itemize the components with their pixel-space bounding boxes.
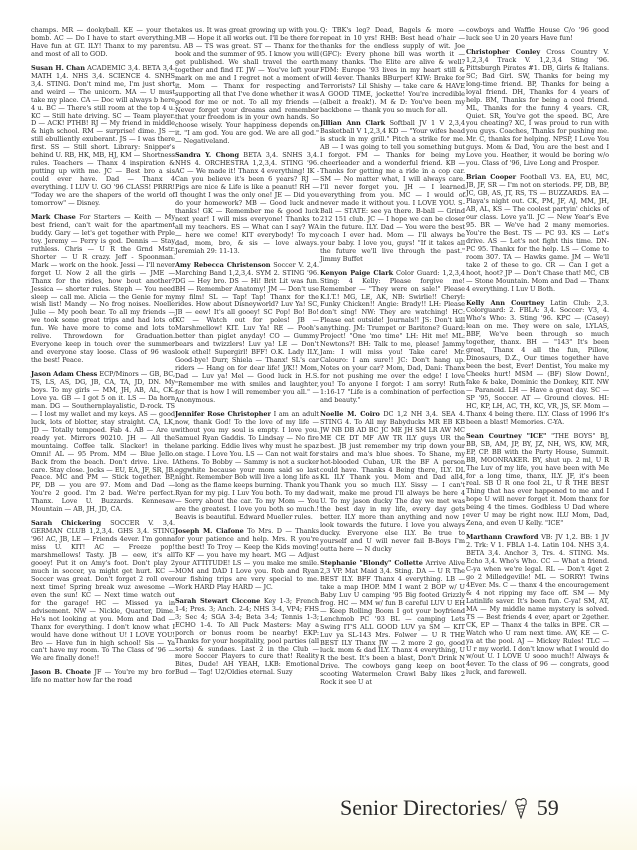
senior-entry: Susan H. Chan ACADEMIC 3,4. BETA 3,4. MA… [31, 65, 175, 208]
senior-message: Cross Country V. 1,2,3,4 Track V. 1,2,3,… [466, 48, 609, 167]
senior-message: VB: JV 1,2. BB: 1 JV 2. Trk: V 1. FBLA 1… [466, 533, 609, 676]
senior-name: Sarah Chickering [31, 519, 101, 527]
senior-message: I am an adult now, thank God! To the lov… [175, 410, 319, 521]
senior-entry: Mark Chase For Starters — Keith — My bes… [31, 214, 175, 365]
senior-entry: Jennifer Rose Christopher I am an adult … [175, 411, 319, 522]
senior-message: ACADEMIC 3,4. BETA 3,4. MATH 1,4. NHS 3,… [31, 64, 175, 207]
senior-name: Sean Courtney "ICE" [466, 432, 546, 440]
senior-name: Kelly Ann Courtney [466, 299, 544, 307]
senior-message: To Mrs. D — Thanks for your patience and… [175, 527, 319, 591]
senior-entry: takes us. It was great growing up with y… [175, 27, 319, 146]
senior-message: takes us. It was great growing up with y… [175, 26, 319, 145]
section-title: Senior Directories/ [340, 795, 507, 821]
senior-name: Susan H. Chan [31, 64, 85, 72]
senior-entry: Sean Courtney "ICE" "THE BOYS" BJ, BB, S… [466, 433, 609, 528]
senior-entry: Jason Adam Chess ECP/Minors — GB, BC, TS… [31, 371, 175, 514]
yearbook-page: champs. MR — dookyball. KE — your the bo… [0, 0, 637, 850]
ice-cream-cone-icon [513, 797, 529, 819]
senior-name: Kenyon Paige Clark [320, 269, 393, 277]
senior-name: Jillian Ann Clark [320, 119, 385, 127]
text-column-2: takes us. It was great growing up with y… [175, 27, 319, 683]
senior-message: Latin Club: 2,3. Colorguard: 2. FBLA: 3,… [466, 299, 609, 426]
senior-message: Softball JV 1 V 2,3,4 Basketball V 1,2,3… [320, 119, 465, 262]
senior-name: Jason Adam Chess [31, 370, 97, 378]
text-column-3: Q: TBK's leg? Dead, Bagels & more — repe… [320, 27, 465, 693]
senior-name: Sandra Y. Chong [175, 151, 239, 159]
senior-entry: Noelle M. Coiro DC 1,2 NH 3,4. SEA 4. ST… [320, 411, 465, 554]
senior-name: Jason B. Choate [31, 668, 91, 676]
senior-name: Stephanie "Blondy" Collette [320, 559, 423, 567]
senior-entry: Christopher Conley Cross Country V. 1,2,… [466, 49, 609, 168]
senior-name: Noelle M. Coiro [320, 410, 380, 418]
senior-message: For Starters — Keith — My best friend, c… [31, 213, 175, 364]
senior-entry: Stephanie "Blondy" Collette Arrive Alive… [320, 560, 465, 687]
senior-entry: Kenyon Paige Clark Color Guard: 1,2,3,4 … [320, 270, 465, 405]
senior-message: Football V3. EA, EU, MC, JB, JF, SR — I'… [466, 173, 609, 292]
senior-message: Color Guard: 1,2,3,4 Sting: 4 Kelly: Ple… [320, 269, 465, 404]
senior-name: Marthann Crawford [466, 533, 538, 541]
senior-entry: Jason B. Choate JF — You're my bro for l… [31, 669, 175, 685]
senior-entry: Kelly Ann Courtney Latin Club: 2,3. Colo… [466, 300, 609, 427]
senior-name: Amy Rebecca Christenson [175, 261, 271, 269]
senior-name: Sarah Stewart Ciccone [175, 597, 260, 605]
senior-message: Q: TBK's leg? Dead, Bagels & more — repe… [320, 26, 465, 114]
senior-entry: Q: TBK's leg? Dead, Bagels & more — repe… [320, 27, 465, 114]
senior-entry: Jillian Ann Clark Softball JV 1 V 2,3,4 … [320, 120, 465, 263]
senior-name: Christopher Conley [466, 48, 540, 56]
page-footer: Senior Directories/ 59 [340, 795, 559, 821]
senior-entry: champs. MR — dookyball. KE — your the bo… [31, 27, 175, 59]
text-column-4: cowboys and Waffle House C/o '96 good lu… [466, 27, 609, 683]
senior-name: Mark Chase [31, 213, 76, 221]
senior-entry: Sarah Stewart Ciccone Key 1-3; French 1-… [175, 598, 319, 678]
senior-entry: Sandra Y. Chong BETA 3,4. SNHS 3,4. NHS … [175, 152, 319, 255]
senior-message: cowboys and Waffle House C/o '96 good lu… [466, 26, 609, 42]
senior-name: Jennifer Rose Christopher [175, 410, 271, 418]
senior-message: "THE BOYS" BJ, BB, SB, AM, JP, BY, JZ, N… [466, 432, 609, 527]
page-number: 59 [537, 795, 559, 821]
senior-name: Brian Cooper [466, 173, 516, 181]
senior-message: Key 1-3; French 1-4; Pres. 3; Anch. 2-4;… [175, 597, 319, 677]
senior-entry: Sarah Chickering SOCCER V. 3,4. GERMAN C… [31, 520, 175, 663]
senior-message: Arrive Alive 2,3 VP. Mat Maid 3,4. Sting… [320, 559, 465, 686]
text-column-1: champs. MR — dookyball. KE — your the bo… [31, 27, 175, 691]
senior-entry: Amy Rebecca Christenson Soccer V. 2,4. M… [175, 262, 319, 405]
senior-entry: cowboys and Waffle House C/o '96 good lu… [466, 27, 609, 43]
senior-message: ECP/Minors — GB, BC, TS, LS, AS, DG, JB,… [31, 370, 175, 513]
senior-name: Joseph M. Ciafone [175, 527, 244, 535]
senior-entry: Joseph M. Ciafone To Mrs. D — Thanks for… [175, 528, 319, 592]
senior-message: Soccer V. 2,4. Marching Band 1,2,3,4. SY… [175, 261, 319, 404]
senior-entry: Marthann Crawford VB: JV 1,2. BB: 1 JV 2… [466, 534, 609, 677]
senior-entry: Brian Cooper Football V3. EA, EU, MC, JB… [466, 174, 609, 293]
senior-message: DC 1,2 NH 3,4. SEA 4. STING 4. To All my… [320, 410, 465, 553]
senior-message: SOCCER V. 3,4. GERMAN CLUB 1,2,3,4. GHS … [31, 519, 175, 662]
senior-message: BETA 3,4. SNHS 3,4. NHS 4. ORCHESTRA 1,2… [175, 151, 319, 254]
senior-message: champs. MR — dookyball. KE — your the bo… [31, 26, 175, 58]
